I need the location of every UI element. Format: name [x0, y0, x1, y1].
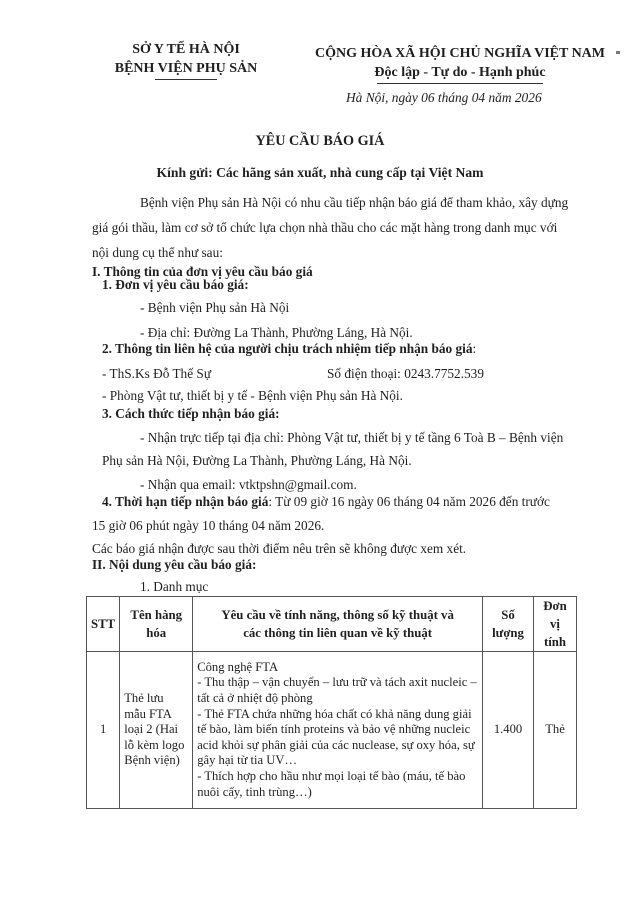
header-stt: STT: [87, 597, 120, 652]
cell-item-name: Thẻ lưu mẫu FTA loại 2 (Hai lỗ kèm logo …: [120, 652, 193, 809]
recipient-line: Kính gửi: Các hãng sản xuất, nhà cung cấ…: [0, 165, 640, 181]
contact-person: - ThS.Ks Đỗ Thế Sự: [102, 366, 211, 382]
contact-department: - Phòng Vật tư, thiết bị y tế - Bệnh việ…: [102, 388, 403, 404]
direct-delivery-line-1: - Nhận trực tiếp tại địa chỉ: Phòng Vật …: [140, 430, 563, 446]
document-date: Hà Nội, ngày 06 tháng 04 năm 2026: [346, 90, 542, 106]
header-underline: [155, 79, 217, 80]
item-1-heading: 1. Đơn vị yêu cầu báo giá:: [102, 277, 249, 293]
late-quote-note: Các báo giá nhận được sau thời điểm nêu …: [92, 541, 466, 557]
motto: Độc lập - Tự do - Hạnh phúc: [296, 63, 624, 82]
hospital-name: BỆNH VIỆN PHỤ SẢN: [88, 59, 284, 78]
header-unit: Đơn vị tính: [534, 597, 577, 652]
country-name: CỘNG HÒA XÃ HỘI CHỦ NGHĨA VIỆT NAM: [296, 44, 624, 63]
document-title: YÊU CẦU BÁO GIÁ: [0, 133, 640, 150]
contact-phone: Số điện thoại: 0243.7752.539: [327, 366, 484, 382]
spec-line: - Thích hợp cho hầu như mọi loại tế bào …: [197, 769, 478, 800]
direct-delivery-line-2: Phụ sản Hà Nội, Đường La Thành, Phường L…: [102, 453, 412, 469]
table-row: 1 Thẻ lưu mẫu FTA loại 2 (Hai lỗ kèm log…: [87, 652, 577, 809]
item-2-heading-text: 2. Thông tin liên hệ của người chịu trác…: [102, 341, 473, 356]
motto-underline: [377, 83, 543, 84]
item-4-heading: 4. Thời hạn tiếp nhận báo giá: [102, 494, 268, 509]
spec-line: - Thẻ FTA chứa những hóa chất có khả năn…: [197, 707, 478, 769]
intro-line-3: nội dung cụ thể như sau:: [92, 245, 223, 261]
email-delivery: - Nhận qua email: vtktpshn@gmail.com.: [140, 477, 357, 493]
deadline-line-1: 4. Thời hạn tiếp nhận báo giá: Từ 09 giờ…: [102, 494, 550, 510]
section-2-heading: II. Nội dung yêu cầu báo giá:: [92, 557, 256, 573]
header-item-name: Tên hàng hóa: [120, 597, 193, 652]
issuing-organization: SỞ Y TẾ HÀ NỘI BỆNH VIỆN PHỤ SẢN: [88, 40, 284, 80]
deadline-line-2: 15 giờ 06 phút ngày 10 tháng 04 năm 2026…: [92, 518, 324, 534]
cell-quantity: 1.400: [483, 652, 534, 809]
item-3-heading: 3. Cách thức tiếp nhận báo giá:: [102, 406, 280, 422]
intro-line-2: giá gói thầu, làm cơ sở tổ chức lựa chọn…: [92, 220, 557, 236]
spec-line: - Thu thập – vận chuyển – lưu trữ và tác…: [197, 675, 478, 706]
unit-address: - Địa chỉ: Đường La Thành, Phường Láng, …: [140, 325, 413, 341]
intro-line-1: Bệnh viện Phụ sản Hà Nội có nhu cầu tiếp…: [140, 195, 568, 211]
requesting-unit: - Bệnh viện Phụ sản Hà Nội: [140, 300, 289, 316]
header-specification: Yêu cầu về tính năng, thông số kỹ thuật …: [193, 597, 483, 652]
department-of-health: SỞ Y TẾ HÀ NỘI: [88, 40, 284, 59]
scan-mark: [616, 51, 620, 54]
spec-line: Công nghệ FTA: [197, 660, 478, 676]
cell-unit: Thẻ: [534, 652, 577, 809]
deadline-start: : Từ 09 giờ 16 ngày 06 tháng 04 năm 2026…: [268, 494, 550, 509]
table-header-row: STT Tên hàng hóa Yêu cầu về tính năng, t…: [87, 597, 577, 652]
items-table: STT Tên hàng hóa Yêu cầu về tính năng, t…: [86, 596, 577, 809]
national-motto: CỘNG HÒA XÃ HỘI CHỦ NGHĨA VIỆT NAM Độc l…: [296, 44, 624, 84]
cell-specification: Công nghệ FTA - Thu thập – vận chuyển – …: [193, 652, 483, 809]
cell-stt: 1: [87, 652, 120, 809]
item-2-heading: 2. Thông tin liên hệ của người chịu trác…: [102, 341, 476, 357]
header-quantity: Số lượng: [483, 597, 534, 652]
section-2-subheading: 1. Danh mục: [140, 579, 208, 595]
item-2-colon: :: [473, 341, 477, 356]
